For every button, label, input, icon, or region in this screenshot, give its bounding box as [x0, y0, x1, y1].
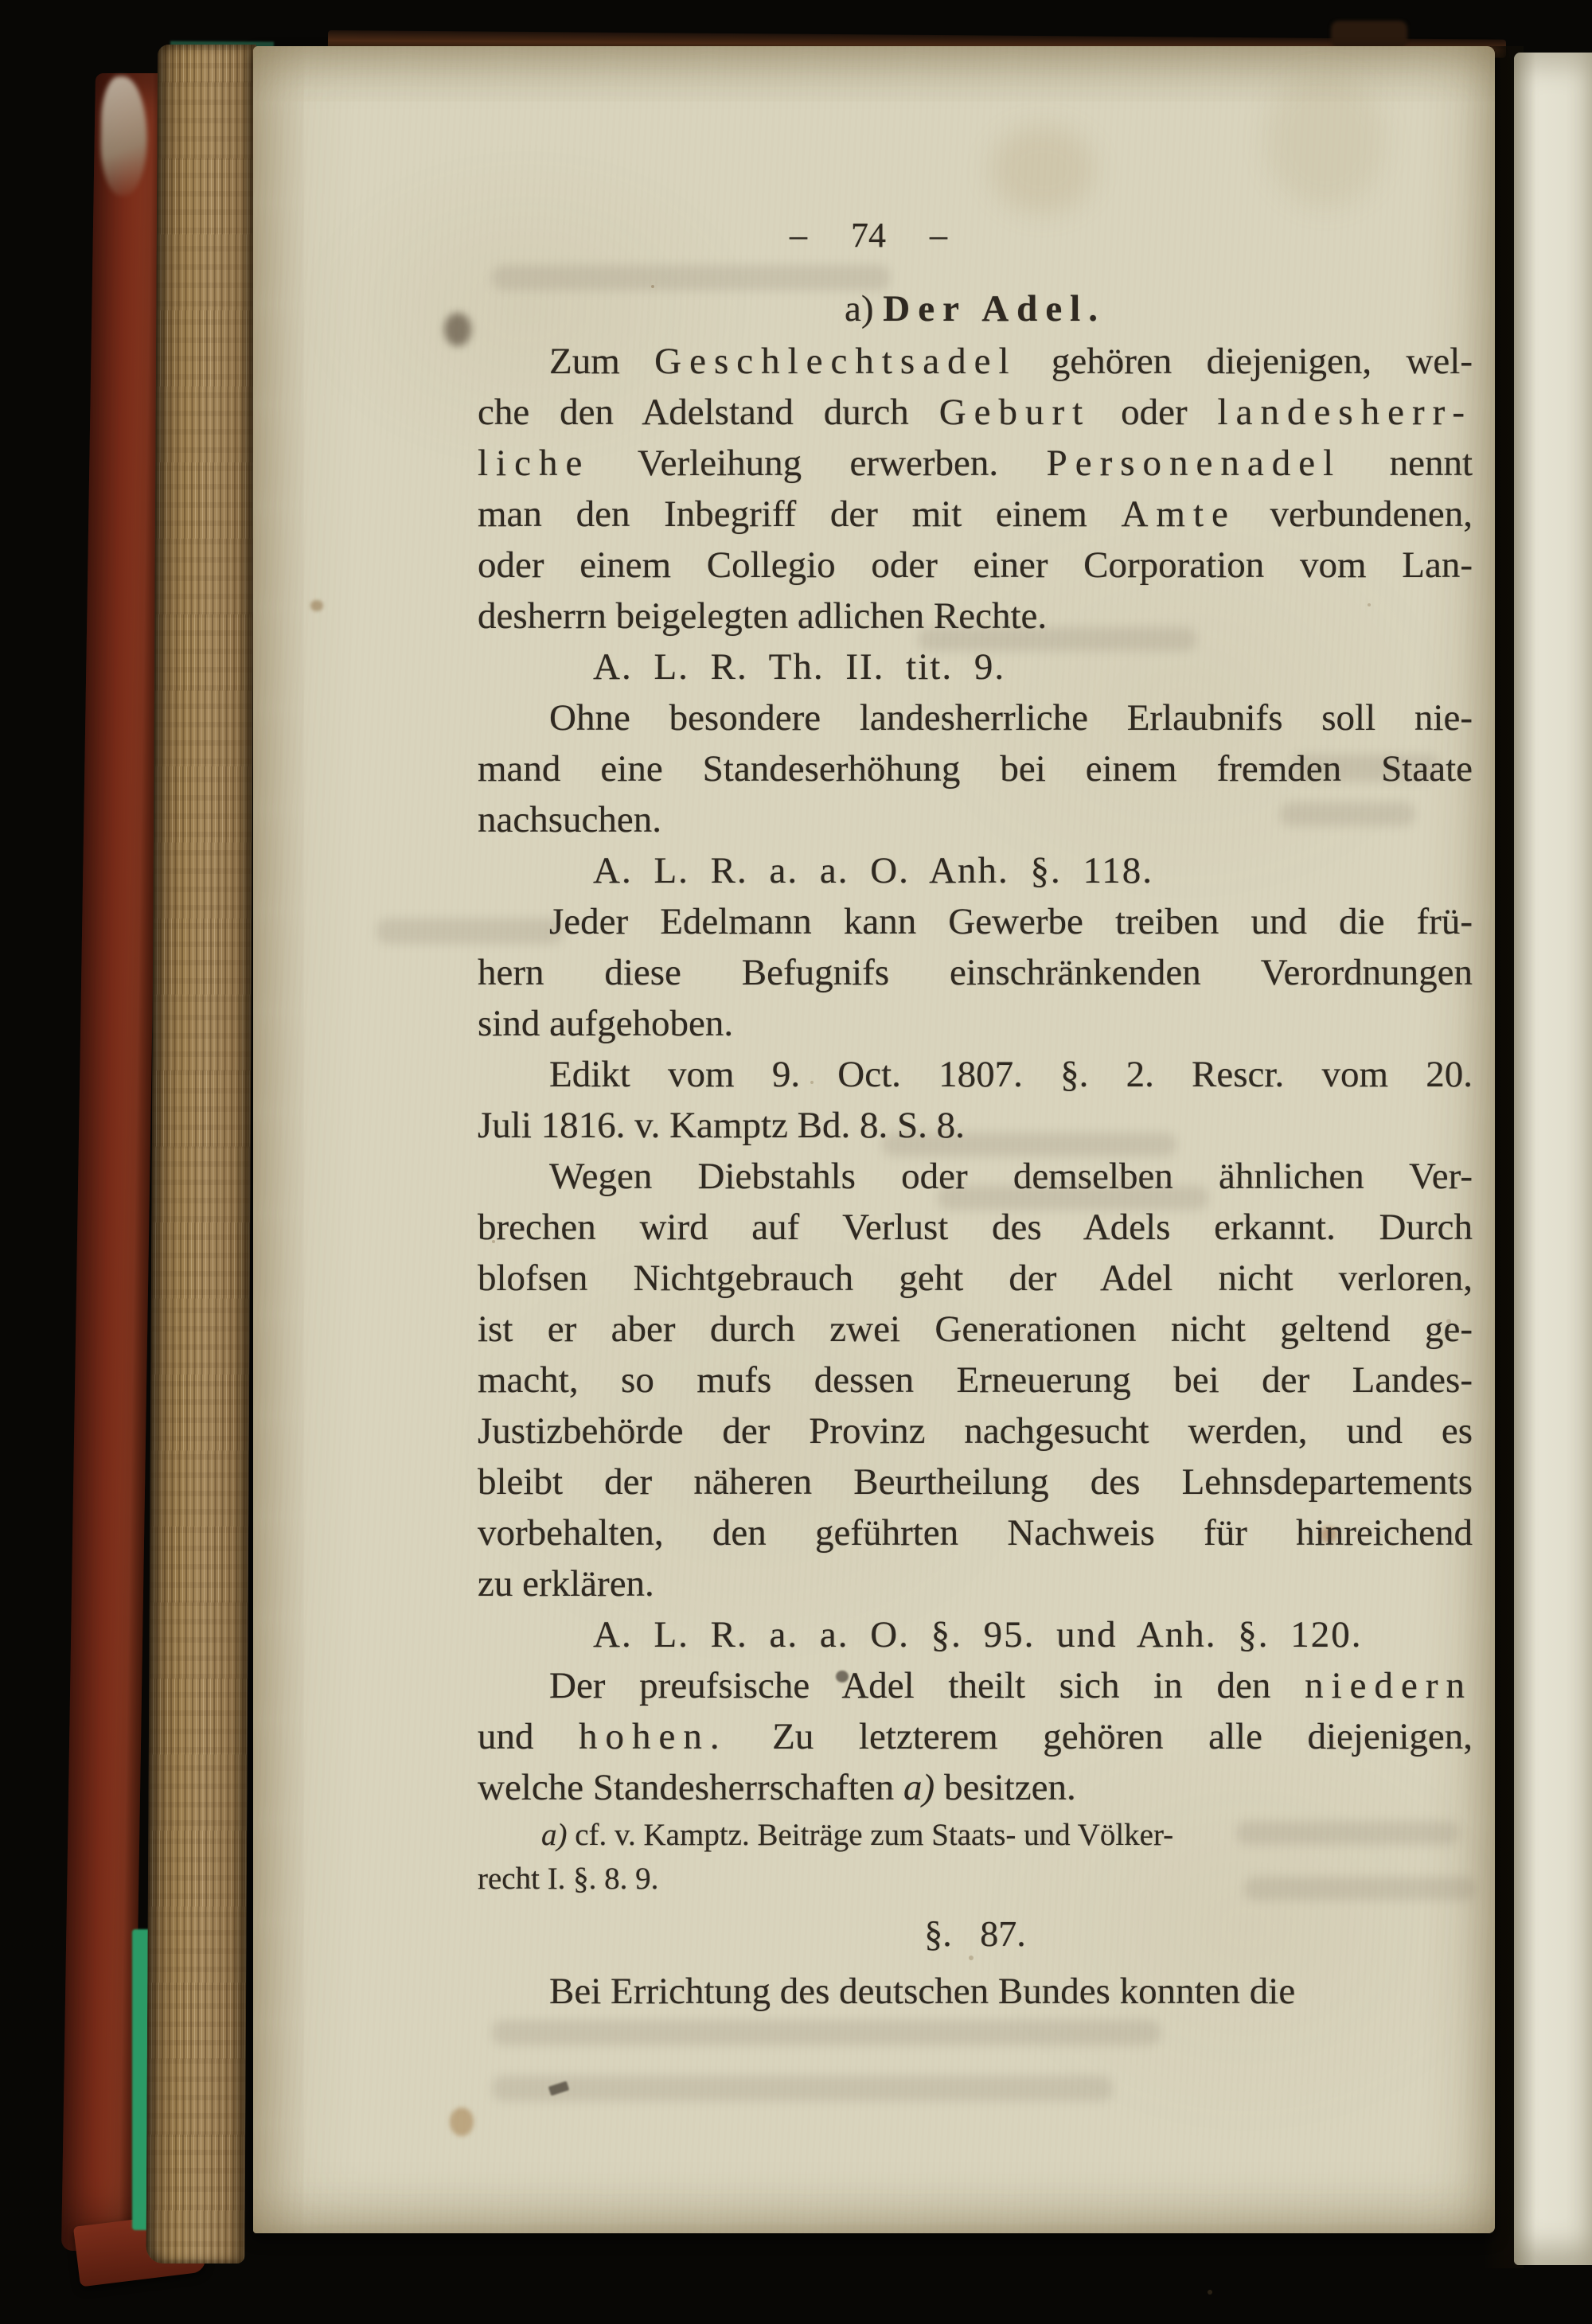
book-page: – 74 –a) Der Adel.Zum Geschlechtsadel ge…: [253, 46, 1495, 2233]
text-line: oder einem Collegio oder einer Corporati…: [478, 540, 1473, 591]
text-line: welche Standesherrschaften a) besitzen.: [478, 1762, 1473, 1813]
text-line: Jeder Edelmann kann Gewerbe treiben und …: [478, 896, 1473, 947]
text-line: Bei Errichtung des deutschen Bundes konn…: [478, 1966, 1473, 2017]
text-line: blofsen Nichtgebrauch geht der Adel nich…: [478, 1253, 1473, 1304]
text-line: sind aufgehoben.: [478, 998, 1473, 1049]
legal-reference-line: A. L. R. Th. II. tit. 9.: [593, 641, 1473, 692]
text-line: macht, so mufs dessen Erneuerung bei der…: [478, 1355, 1473, 1406]
facing-page-edge: [1514, 53, 1592, 2265]
text-line: liche Verleihung erwerben. Personenadel …: [478, 438, 1473, 489]
text-line: Edikt vom 9. Oct. 1807. §. 2. Rescr. vom…: [478, 1049, 1473, 1100]
ink-smudge: [444, 313, 471, 346]
section-heading: a) Der Adel.: [478, 282, 1473, 336]
legal-reference-line: A. L. R. a. a. O. Anh. §. 118.: [593, 845, 1473, 896]
foxing-spot: [991, 126, 1094, 213]
text-line: Justizbehörde der Provinz nachgesucht we…: [478, 1406, 1473, 1456]
binding-fragment: [1331, 21, 1407, 48]
foxing-spot: [1266, 72, 1385, 208]
text-line: brechen wird auf Verlust des Adels erkan…: [478, 1202, 1473, 1253]
text-line: nachsuchen.: [478, 794, 1473, 845]
text-line: bleibt der näheren Beurtheilung des Lehn…: [478, 1456, 1473, 1507]
text-line: ist er aber durch zwei Generationen nich…: [478, 1304, 1473, 1355]
page-number: – 74 –: [371, 210, 1366, 261]
text-line: Zum Geschlechtsadel gehören diejenigen, …: [478, 336, 1473, 387]
text-line: vorbehalten, den geführten Nachweis für …: [478, 1507, 1473, 1558]
footnote-line: recht I. §. 8. 9.: [478, 1857, 1473, 1901]
text-column: – 74 –a) Der Adel.Zum Geschlechtsadel ge…: [478, 210, 1473, 2017]
text-line: mand eine Standeserhöhung bei einem frem…: [478, 743, 1473, 794]
section-number: §. 87.: [478, 1910, 1473, 1958]
text-line: und hohen. Zu letzterem gehören alle die…: [478, 1711, 1473, 1762]
text-line: zu erklären.: [478, 1558, 1473, 1609]
bleedthrough-smudge: [492, 2076, 1113, 2101]
book-photo: – 74 –a) Der Adel.Zum Geschlechtsadel ge…: [0, 0, 1592, 2324]
foxing-spot: [310, 600, 323, 611]
page-edge-stack: [146, 45, 256, 2264]
text-line: che den Adelstand durch Geburt oder land…: [478, 387, 1473, 438]
footnote-line: a) cf. v. Kamptz. Beiträge zum Staats- u…: [478, 1813, 1473, 1857]
bleedthrough-smudge: [492, 2020, 1161, 2045]
cover-worn-corner: [100, 76, 148, 196]
legal-reference-line: A. L. R. a. a. O. §. 95. und Anh. §. 120…: [593, 1609, 1473, 1660]
text-line: Ohne besondere landesherrliche Erlaubnif…: [478, 692, 1473, 743]
text-line: desherrn beigelegten adlichen Rechte.: [478, 591, 1473, 641]
text-line: Juli 1816. v. Kamptz Bd. 8. S. 8.: [478, 1100, 1473, 1151]
text-line: Wegen Diebstahls oder demselben ähnliche…: [478, 1151, 1473, 1202]
foxing-spot: [450, 2108, 474, 2136]
text-line: Der preufsische Adel theilt sich in den …: [478, 1660, 1473, 1711]
text-line: hern diese Befugnifs einschränkenden Ver…: [478, 947, 1473, 998]
text-line: man den Inbegriff der mit einem Amte ver…: [478, 489, 1473, 540]
